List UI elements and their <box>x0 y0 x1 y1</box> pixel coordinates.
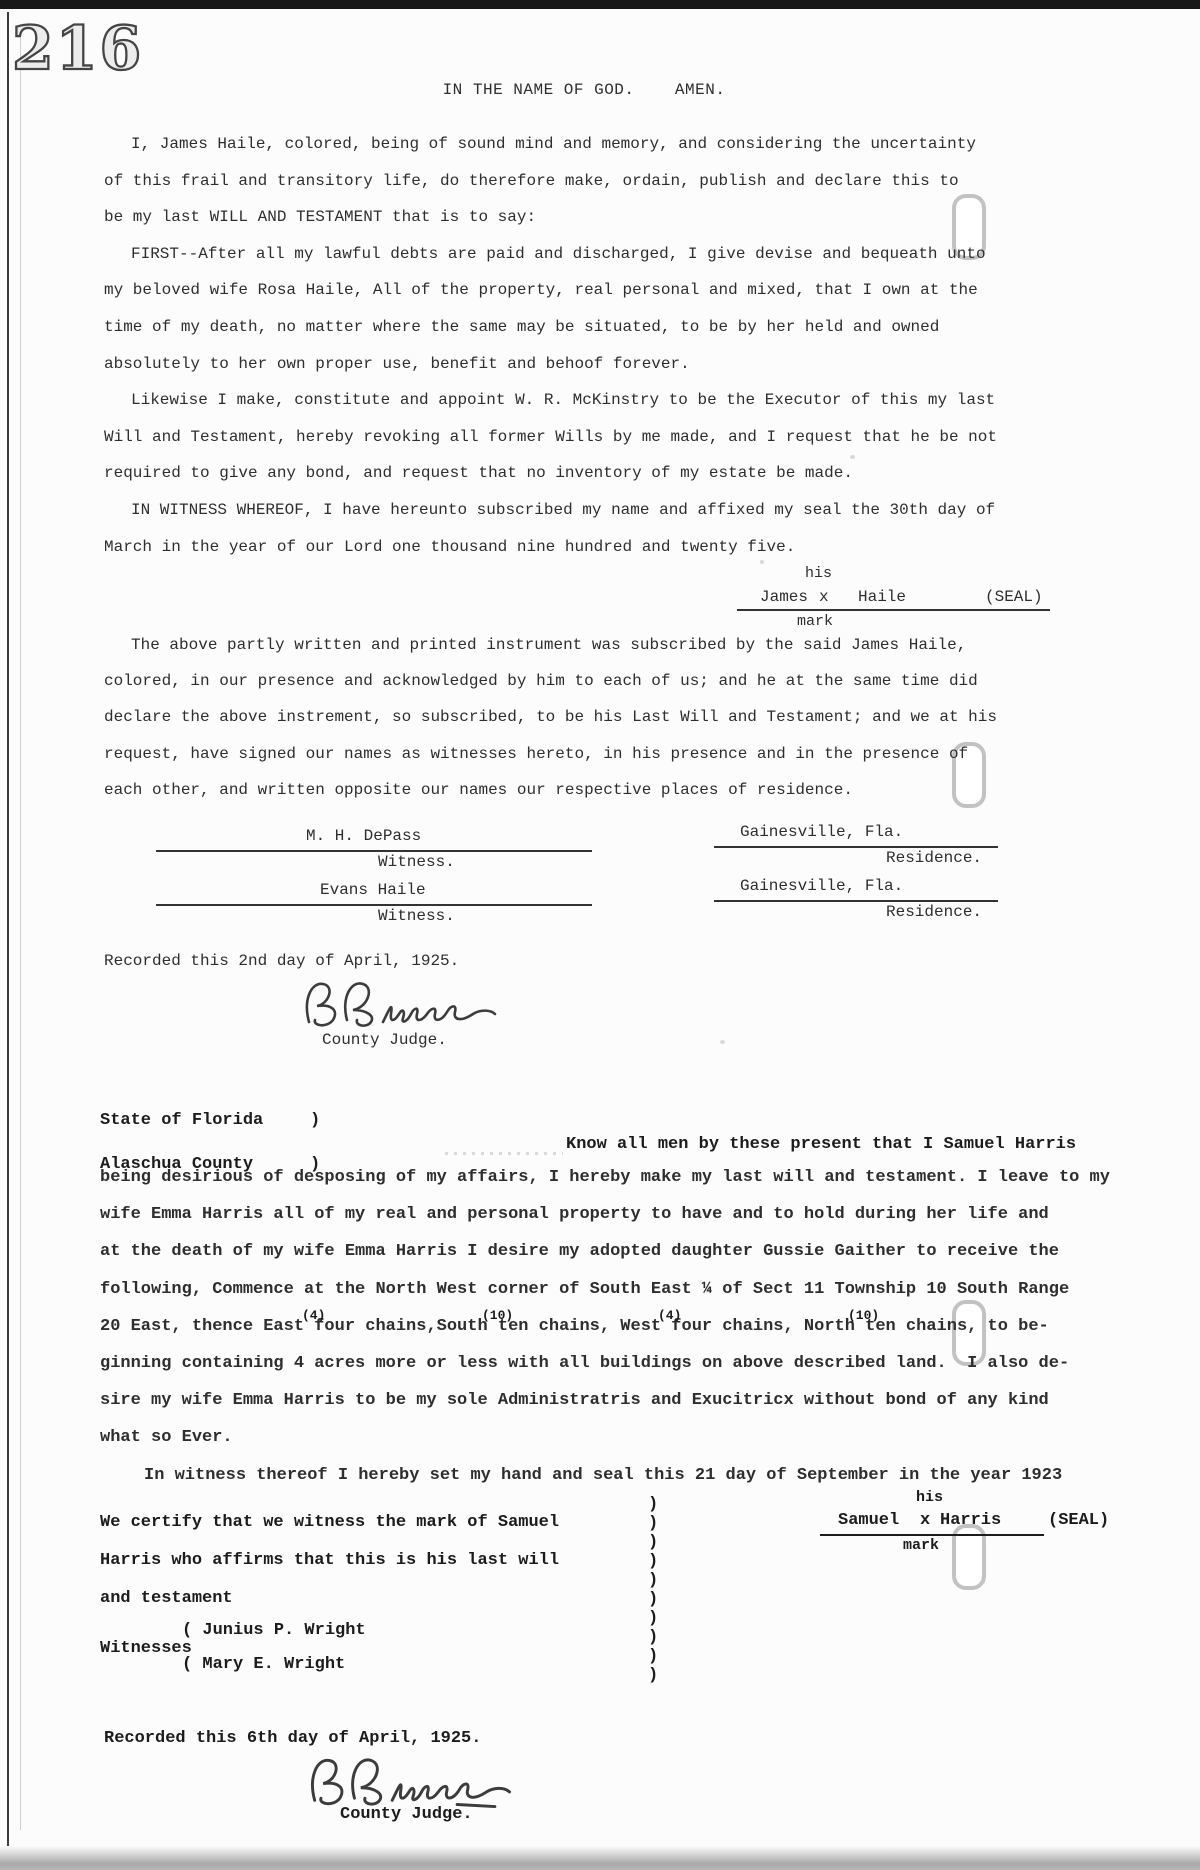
witness-name: ( Junius P. Wright <box>182 1622 366 1639</box>
paper-speck <box>720 1040 725 1044</box>
signature-line <box>737 609 1050 611</box>
certify-line: We certify that we witness the mark of S… <box>100 1514 559 1531</box>
his-label: his <box>805 566 832 581</box>
witness-name: M. H. DePass <box>306 828 421 844</box>
will-line: required to give any bond, and request t… <box>104 464 997 501</box>
document-title: IN THE NAME OF GOD. AMEN. <box>134 82 1034 98</box>
page-left-inner-line <box>20 30 21 1830</box>
will-line: I, James Haile, colored, being of sound … <box>104 135 997 172</box>
scan-bottom-edge <box>0 1846 1200 1870</box>
ink-smudge <box>445 1152 563 1155</box>
signature-line <box>820 1534 1044 1536</box>
paren: ) <box>648 1591 658 1608</box>
judge-signature <box>295 970 505 1040</box>
residence-label: Residence. <box>886 904 982 920</box>
paren: ) <box>310 1112 320 1129</box>
paren: ) <box>648 1629 658 1646</box>
scanned-will-record-page: 216 IN THE NAME OF GOD. AMEN. I, James H… <box>0 0 1200 1870</box>
will-line: my beloved wife Rosa Haile, All of the p… <box>104 281 997 318</box>
will-line: following, Commence at the North West co… <box>100 1280 1110 1317</box>
paren: ) <box>648 1667 658 1684</box>
will-line: each other, and written opposite our nam… <box>104 781 997 817</box>
certify-line: and testament <box>100 1590 233 1607</box>
will-line: sire my wife Emma Harris to be my sole A… <box>100 1391 1110 1428</box>
will-line: IN WITNESS WHEREOF, I have hereunto subs… <box>104 501 997 538</box>
will-line: Likewise I make, constitute and appoint … <box>104 391 997 428</box>
witness-line <box>156 850 592 852</box>
will-line: time of my death, no matter where the sa… <box>104 318 997 355</box>
paren: ) <box>648 1610 658 1627</box>
judge-title: County Judge. <box>322 1032 447 1048</box>
will-line: colored, in our presence and acknowledge… <box>104 672 997 708</box>
will-james-haile-body: I, James Haile, colored, being of sound … <box>104 135 997 574</box>
know-all-men-line: Know all men by these present that I Sam… <box>566 1136 1076 1153</box>
signer-first-name: James <box>760 589 808 605</box>
will-line: declare the above instrement, so subscri… <box>104 708 997 744</box>
his-label: his <box>916 1490 943 1505</box>
witness-name: Evans Haile <box>320 882 426 898</box>
will-line: 20 East, thence East four chains,South t… <box>100 1317 1110 1354</box>
paren: ) <box>648 1496 658 1513</box>
paren: ) <box>648 1515 658 1532</box>
recorded-statement: Recorded this 2nd day of April, 1925. <box>104 953 459 969</box>
residence-line <box>714 900 998 902</box>
mark-label: mark <box>797 614 833 629</box>
signer-first-name: Samuel <box>838 1512 899 1529</box>
chain-superscript: (4) <box>658 1308 681 1323</box>
will-line: being desirious of desposing of my affai… <box>100 1168 1110 1205</box>
will-line: request, have signed our names as witnes… <box>104 745 997 781</box>
witness-line <box>156 904 592 906</box>
paren: ) <box>648 1648 658 1665</box>
state-line: State of Florida <box>100 1112 263 1129</box>
signer-last-name: Harris <box>940 1512 1001 1529</box>
will-line: FIRST--After all my lawful debts are pai… <box>104 245 997 282</box>
witness-label: Witness. <box>378 854 455 870</box>
chain-superscript: (4) <box>302 1308 325 1323</box>
paren: ) <box>648 1553 658 1570</box>
judge-title: County Judge. <box>340 1806 473 1823</box>
seal-label: (SEAL) <box>1048 1512 1109 1529</box>
chain-superscript: (10) <box>482 1308 513 1323</box>
will-line: of this frail and transitory life, do th… <box>104 172 997 209</box>
witnesses-label: Witnesses <box>100 1640 192 1657</box>
will-line: The above partly written and printed ins… <box>104 636 997 672</box>
paren: ) <box>648 1534 658 1551</box>
signer-x-mark: x <box>819 589 829 605</box>
certify-line: Harris who affirms that this is his last… <box>100 1552 559 1569</box>
witness-name: ( Mary E. Wright <box>182 1656 345 1673</box>
will-line: be my last WILL AND TESTAMENT that is to… <box>104 208 997 245</box>
will-line: what so Ever. <box>100 1428 1110 1465</box>
will-line: absolutely to her own proper use, benefi… <box>104 355 997 392</box>
attestation-paragraph: The above partly written and printed ins… <box>104 636 997 817</box>
residence-value: Gainesville, Fla. <box>740 824 903 840</box>
paren: ) <box>648 1572 658 1589</box>
witness-label: Witness. <box>378 908 455 924</box>
chain-superscript: (10) <box>848 1308 879 1323</box>
page-left-edge-line <box>7 12 9 1870</box>
will-line: at the death of my wife Emma Harris I de… <box>100 1242 1110 1279</box>
scan-top-edge <box>0 0 1200 9</box>
signer-last-name: Haile <box>858 589 906 605</box>
will-line: ginning containing 4 acres more or less … <box>100 1354 1110 1391</box>
residence-line <box>714 846 998 848</box>
will-line: wife Emma Harris all of my real and pers… <box>100 1205 1110 1242</box>
will-line: March in the year of our Lord one thousa… <box>104 538 997 575</box>
signer-x-mark: x <box>920 1512 930 1529</box>
seal-label: (SEAL) <box>985 589 1043 605</box>
residence-value: Gainesville, Fla. <box>740 878 903 894</box>
will-line: Will and Testament, hereby revoking all … <box>104 428 997 465</box>
mark-label: mark <box>903 1538 939 1553</box>
residence-label: Residence. <box>886 850 982 866</box>
will-line: In witness thereof I hereby set my hand … <box>100 1466 1110 1503</box>
will-samuel-harris-body: being desirious of desposing of my affai… <box>100 1168 1110 1503</box>
page-number-stamp: 216 <box>12 14 143 84</box>
